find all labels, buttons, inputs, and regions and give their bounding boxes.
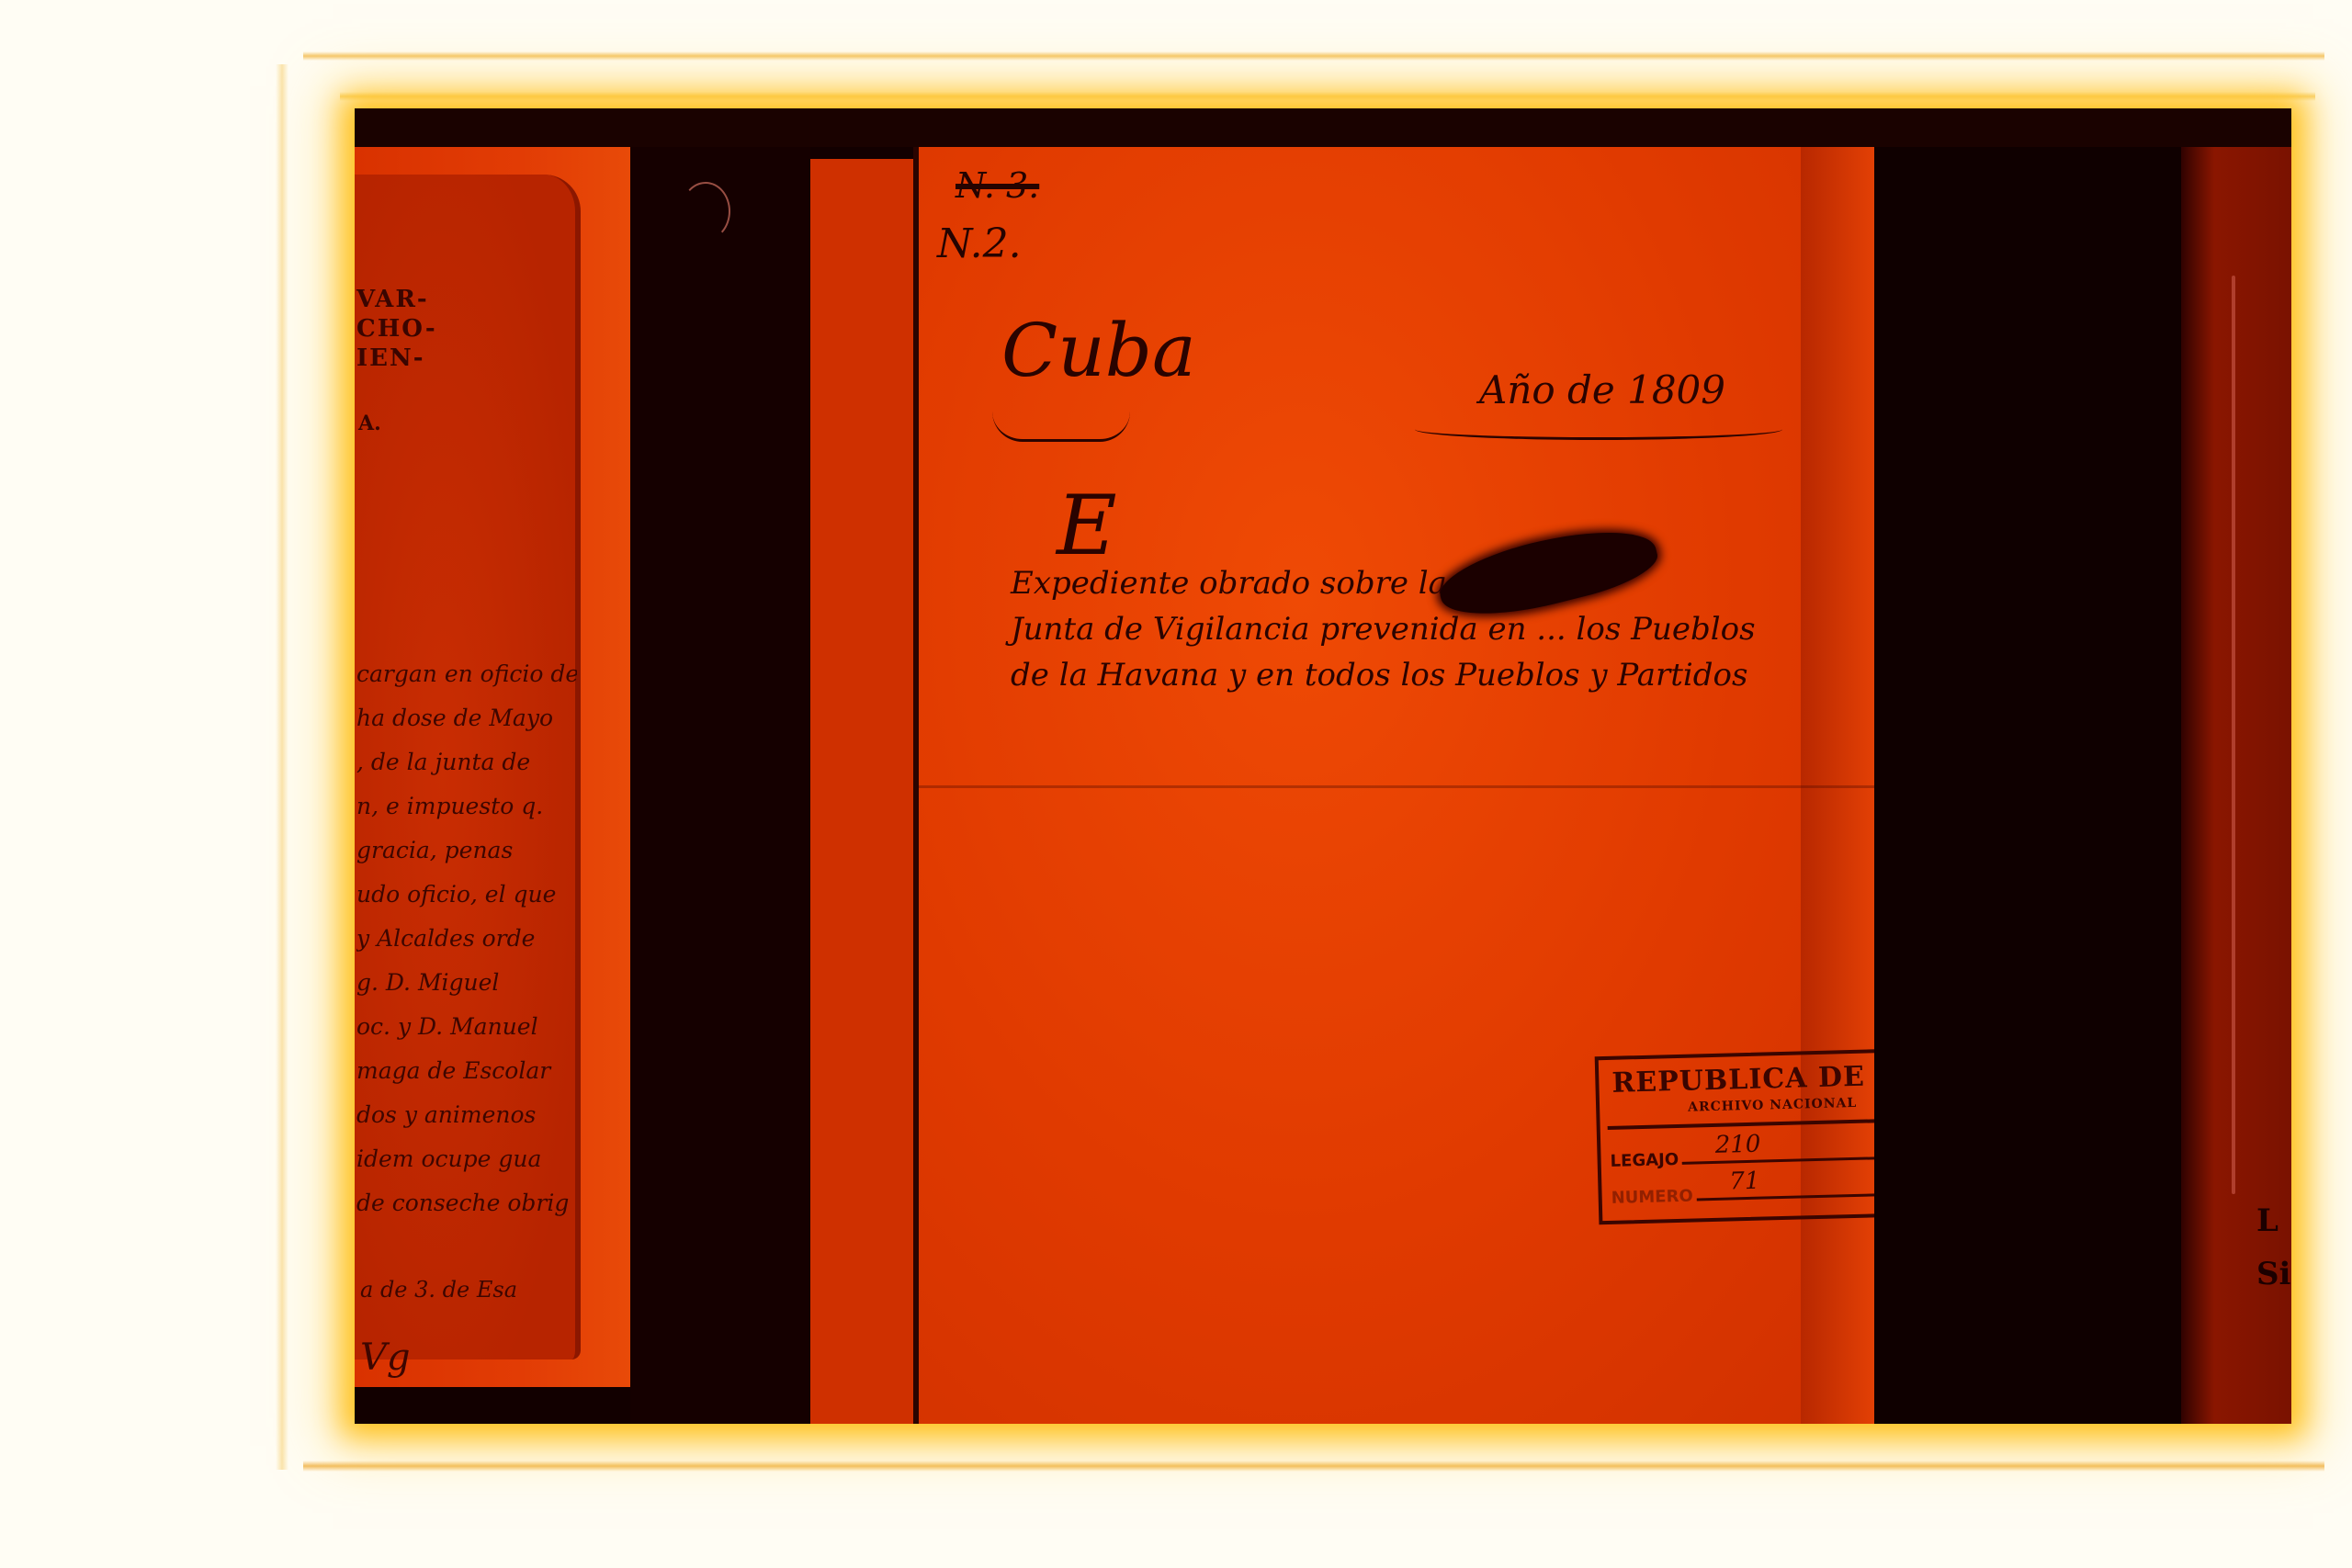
place-flourish	[992, 412, 1130, 442]
binding-thread	[2232, 276, 2235, 1194]
legajo-label: LEGAJO	[1610, 1150, 1679, 1171]
numero-label: NUMERO	[1611, 1187, 1693, 1208]
scan-photo: VAR- CHO- IEN- A. cargan en oficio de ha…	[355, 108, 2291, 1424]
folder-strip	[810, 159, 913, 1424]
main-document: N. 3. N.2. Cuba Año de 1809 E Expediente…	[919, 147, 1874, 1424]
film-frame-inner-top-edge	[340, 92, 2315, 101]
place-heading: Cuba	[1001, 308, 1196, 393]
left-printed-fragment: VAR- CHO- IEN-	[356, 285, 437, 373]
top-dark-band	[355, 108, 2291, 147]
dark-gap-left	[630, 147, 810, 1424]
left-signature: Vg	[360, 1337, 411, 1379]
dark-gap-right	[1874, 147, 2181, 1424]
film-frame-bottom-edge	[303, 1461, 2324, 1472]
stamp-subtitle: ARCHIVO NACIONAL	[1688, 1096, 1858, 1115]
film-frame-top-edge	[303, 51, 2324, 61]
document-title: Expediente obrado sobre la ... de la Jun…	[1011, 560, 1837, 698]
left-document: VAR- CHO- IEN- A. cargan en oficio de ha…	[355, 147, 630, 1387]
right-printed-fragment: L Si	[2256, 1194, 2290, 1301]
fiber-curl	[681, 182, 730, 241]
left-handwritten-lines: cargan en oficio de ha dose de Mayo , de…	[356, 652, 577, 1225]
year-heading: Año de 1809	[1479, 367, 1725, 412]
year-flourish	[1415, 419, 1782, 440]
crossed-out-number: N. 3.	[955, 165, 1039, 206]
film-frame-left-edge	[276, 64, 288, 1470]
numero-value: 71	[1729, 1168, 1760, 1196]
fold-crease	[919, 785, 1874, 788]
document-number: N.2.	[937, 220, 1022, 267]
legajo-value: 210	[1714, 1131, 1760, 1159]
left-document-page: VAR- CHO- IEN- A. cargan en oficio de ha…	[355, 175, 581, 1359]
left-footer-line: a de 3. de Esa	[360, 1277, 517, 1303]
right-document: L Si	[2181, 147, 2291, 1424]
left-printed-small: A.	[358, 412, 381, 435]
